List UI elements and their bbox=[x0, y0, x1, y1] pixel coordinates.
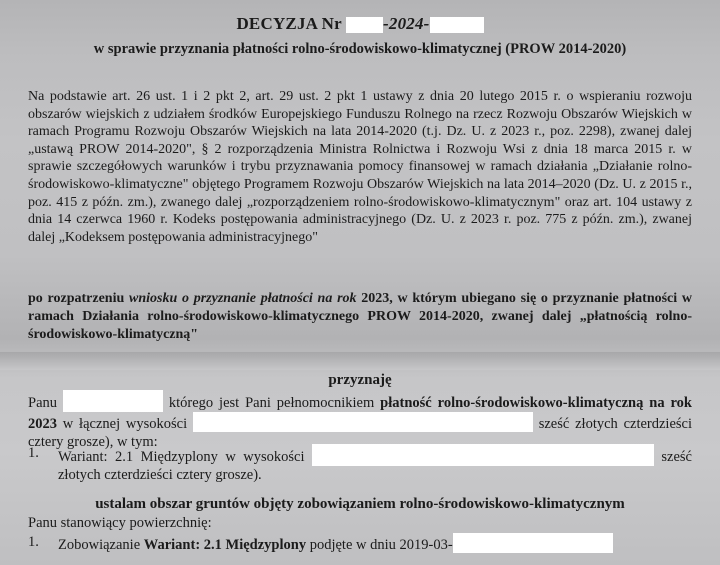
area-heading: ustalam obszar gruntów objęty zobowiązan… bbox=[0, 496, 720, 513]
paper-fold-shadow bbox=[0, 352, 720, 370]
area-item-lead: Zobowiązanie bbox=[58, 537, 144, 553]
area-item-tail: podjęte w dniu 2019-03- bbox=[306, 537, 453, 553]
title-prefix: DECYZJA Nr bbox=[236, 14, 346, 33]
grant-item-number: 1. bbox=[28, 444, 39, 462]
redacted-number-part-1 bbox=[346, 17, 383, 33]
grant-item-lead: Wariant: 2.1 Międzyplony w wysokości bbox=[58, 449, 312, 465]
decision-document: DECYZJA Nr -2024- w sprawie przyznania p… bbox=[0, 0, 720, 565]
grant-lead: Panu bbox=[28, 395, 63, 411]
area-item-number: 1. bbox=[28, 533, 39, 551]
area-item-body: Zobowiązanie Wariant: 2.1 Międzyplony po… bbox=[58, 533, 692, 554]
grant-paragraph: Panu którego jest Pani pełnomocnikiem pł… bbox=[28, 390, 692, 451]
redacted-date bbox=[453, 533, 613, 553]
redacted-item-amount bbox=[312, 444, 654, 466]
legal-basis-paragraph: Na podstawie art. 26 ust. 1 i 2 pkt 2, a… bbox=[28, 88, 692, 246]
grant-after-name: którego jest Pani pełnomocnikiem bbox=[163, 395, 380, 411]
area-intro: Panu stanowiący powierzchnię: bbox=[28, 515, 212, 532]
grant-item-body: Wariant: 2.1 Międzyplony w wysokości sze… bbox=[58, 444, 692, 484]
title-number-middle: -2024- bbox=[383, 14, 430, 33]
consideration-part-1: po rozpatrzeniu bbox=[28, 291, 129, 306]
redacted-number-part-2 bbox=[430, 17, 484, 33]
consideration-italic: wniosku o przyznanie płatności na rok bbox=[129, 291, 357, 306]
document-title: DECYZJA Nr -2024- bbox=[0, 14, 720, 34]
consideration-paragraph: po rozpatrzeniu wniosku o przyznanie pła… bbox=[28, 290, 692, 344]
area-item-bold: Wariant: 2.1 Międzyplony bbox=[144, 537, 306, 553]
grant-mid: w łącznej wysokości bbox=[57, 416, 193, 432]
document-subtitle: w sprawie przyznania płatności rolno-śro… bbox=[0, 41, 720, 58]
redacted-recipient-name bbox=[63, 390, 163, 412]
redacted-total-amount bbox=[193, 412, 533, 432]
grant-heading: przyznaję bbox=[0, 372, 720, 389]
